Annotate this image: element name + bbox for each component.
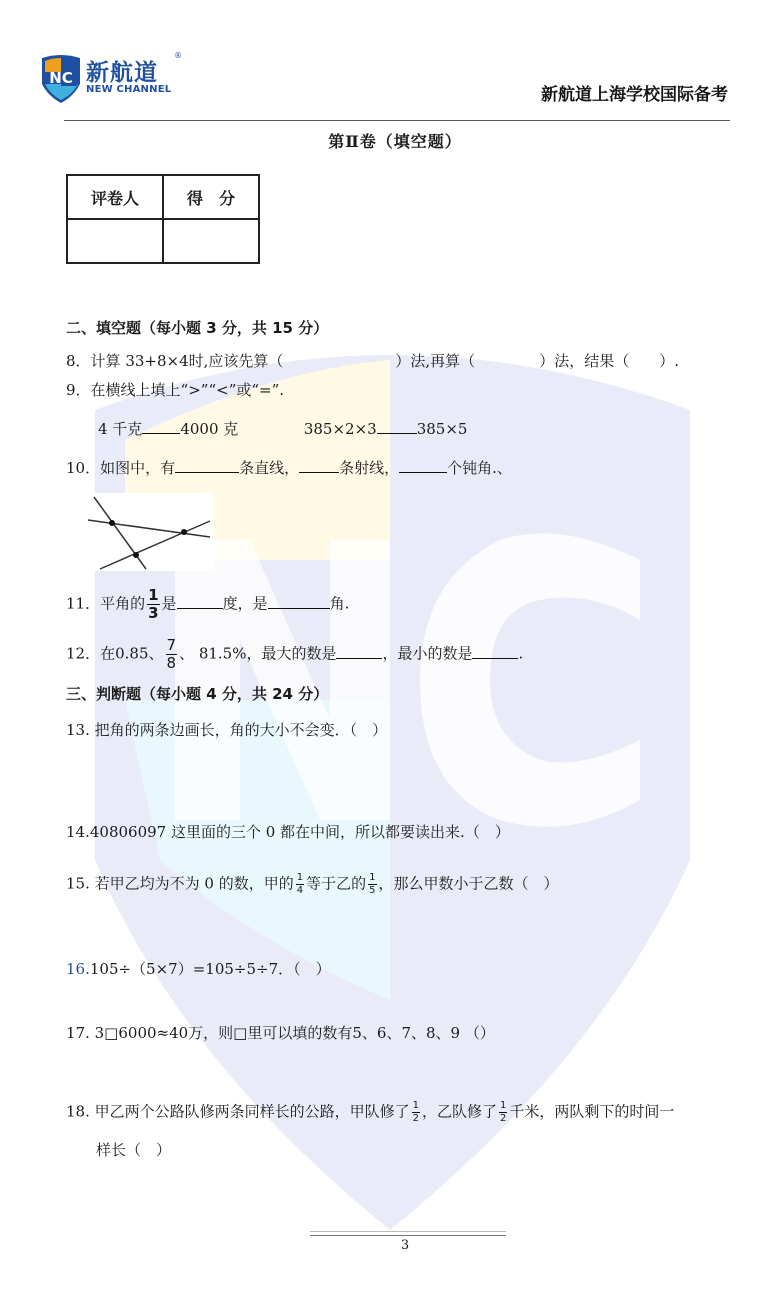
q9a-right: 4000 克 [180,420,238,438]
section-heading-true-false: 三、判断题（每小题 4 分，共 24 分） [66,684,328,704]
q15-text-3: ，那么甲数小于乙数（ ） [379,875,559,893]
question-number: 18. [66,1103,90,1121]
q15-text-2: 等于乙的 [306,875,366,893]
question-number: 17. [66,1024,90,1042]
header-divider [64,120,730,121]
q11-text-4: 角. [330,595,350,613]
new-channel-logo: NC 新航道 ® NEW CHANNEL [40,52,190,110]
question-14: 14.40806097 这里面的三个 0 都在中间，所以都要读出来.（ ） [66,822,510,842]
grader-header: 评卷人 [67,175,163,219]
question-number: 15. [66,875,90,893]
q17-text: 3□6000≈40万，则□里可以填的数有5、6、7、8、9 （） [95,1024,495,1042]
q11-text-3: 度，是 [223,595,268,613]
question-number: 11． [66,595,100,613]
question-10: 10．如图中，有条直线，条射线，个钝角.、 [66,458,512,478]
page-number: 3 [0,1238,780,1253]
three-lines-figure [86,493,214,571]
q9b-right: 385×5 [417,420,468,438]
q12-text-3: ，最小的数是 [382,645,472,663]
question-9-items: 4 千克4000 克 385×2×3385×5 [98,419,467,439]
q14-text: 40806097 这里面的三个 0 都在中间，所以都要读出来.（ ） [90,823,510,841]
grader-cell[interactable] [67,219,163,263]
question-9: 9．在横线上填上“>”“<”或“=”. [66,380,284,400]
q10-blank-obtuse[interactable] [399,458,447,473]
svg-text:NC: NC [49,69,73,87]
q9b-blank[interactable] [377,419,417,434]
q8-text-2: ）法,再算（ [395,352,475,370]
logo-english-name: NEW CHANNEL [86,84,171,95]
section-heading-fill-in: 二、填空题（每小题 3 分，共 15 分） [66,318,328,338]
fraction-one-fifth: 15 [368,873,376,896]
q8-text-1: 计算 33+8×4时,应该先算（ [91,352,284,370]
registered-mark: ® [174,51,182,60]
q9a-blank[interactable] [142,419,180,434]
q9a-left: 4 千克 [98,420,142,438]
q11-blank-degrees[interactable] [177,594,223,609]
question-number: 8． [66,352,91,370]
score-cell[interactable] [163,219,259,263]
q18-text-3: 千米，两队剩下的时间一 [509,1103,674,1121]
nc-shield-icon: NC [40,52,82,104]
score-table: 评卷人 得 分 [66,174,260,264]
q10-text-2: 条直线， [239,459,299,477]
page-title: 第Ⅱ卷（填空题） [0,129,780,152]
q11-text-2: 是 [162,595,177,613]
footer-divider-bottom [310,1235,506,1236]
question-15: 15. 若甲乙均为不为 0 的数，甲的14等于乙的15，那么甲数小于乙数（ ） [66,873,559,896]
footer-divider-top [310,1231,506,1232]
question-12: 12．在0.85、78、 81.5%，最大的数是，最小的数是. [66,638,523,671]
question-8: 8．计算 33+8×4时,应该先算（）法,再算（）法，结果（）. [66,351,679,371]
q9b-left: 385×2×3 [304,420,377,438]
question-18-continuation: 样长（ ） [96,1140,171,1160]
q11-blank-angle[interactable] [268,594,330,609]
fraction-one-fourth: 14 [296,873,304,896]
question-number: 16. [66,960,90,978]
q12-blank-max[interactable] [336,644,382,659]
q10-blank-rays[interactable] [299,458,339,473]
logo-chinese-name: 新航道 [86,54,158,87]
question-number: 14. [66,823,90,841]
q15-text-1: 若甲乙均为不为 0 的数，甲的 [95,875,294,893]
q10-blank-lines[interactable] [175,458,239,473]
q18-text-2: ，乙队修了 [422,1103,497,1121]
score-header: 得 分 [163,175,259,219]
q11-text-1: 平角的 [100,595,145,613]
q12-text-4: . [518,645,523,663]
school-name: 新航道上海学校国际备考 [541,80,728,105]
q12-text-1: 在0.85、 [100,645,163,663]
question-number: 13. [66,721,90,739]
q8-text-4: ）. [659,352,679,370]
question-11: 11．平角的13是度，是角. [66,588,349,621]
question-number: 9． [66,381,91,399]
question-number: 12． [66,645,100,663]
question-17: 17. 3□6000≈40万，则□里可以填的数有5、6、7、8、9 （） [66,1023,495,1043]
q10-text-3: 条射线， [339,459,399,477]
q9-text: 在横线上填上“>”“<”或“=”. [91,381,285,399]
fraction-one-third: 13 [147,588,159,621]
q12-text-2: 、 81.5%，最大的数是 [179,645,336,663]
q16-text: 105÷（5×7）=105÷5÷7．（ ） [90,960,331,978]
q13-text: 把角的两条边画长，角的大小不会变．（ ） [95,721,388,739]
question-18: 18. 甲乙两个公路队修两条同样长的公路，甲队修了12，乙队修了12千米，两队剩… [66,1101,674,1124]
q18-text-1: 甲乙两个公路队修两条同样长的公路，甲队修了 [95,1103,410,1121]
fraction-one-half-km: 12 [499,1101,507,1124]
question-number: 10． [66,459,100,477]
fraction-one-half: 12 [412,1101,420,1124]
fraction-seven-eighths: 78 [166,638,178,671]
q10-text-1: 如图中，有 [100,459,175,477]
question-13: 13. 把角的两条边画长，角的大小不会变．（ ） [66,720,387,740]
q12-blank-min[interactable] [472,644,518,659]
q8-text-3: ）法，结果（ [539,352,629,370]
q10-text-4: 个钝角.、 [447,459,512,477]
question-16: 16.105÷（5×7）=105÷5÷7．（ ） [66,959,331,979]
